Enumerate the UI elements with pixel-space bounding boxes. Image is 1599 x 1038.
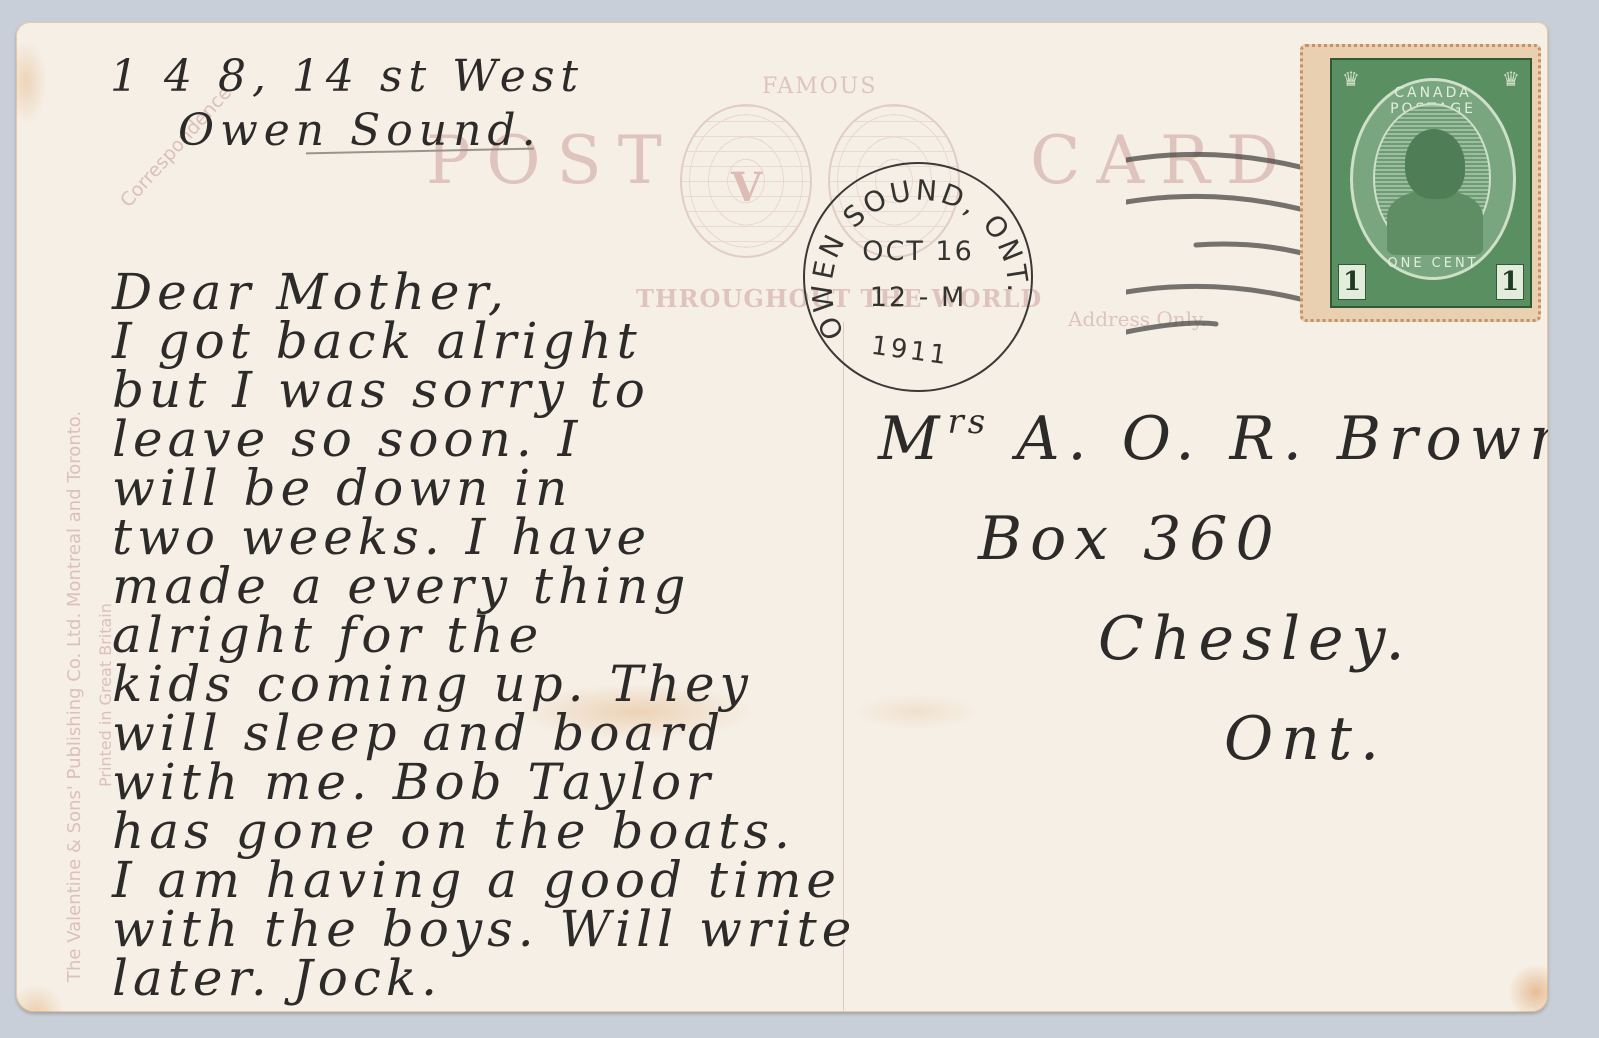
stamp-bottom-text: ONE CENT [1353, 256, 1513, 271]
cancellation-wave-lines [1126, 150, 1326, 340]
recipient-title: M [878, 404, 947, 474]
publisher-imprint: The Valentine & Sons' Publishing Co. Ltd… [64, 411, 85, 982]
recipient-title-sup: rs [947, 402, 989, 442]
postmark-time: 12 - M [805, 282, 1031, 313]
king-portrait [1373, 103, 1491, 253]
letter-line: with the boys. Will write [112, 905, 856, 954]
stamp-denomination-left: 1 [1338, 264, 1366, 300]
recipient-town: Chesley. [878, 589, 1548, 689]
letter-line: later. Jock. [112, 954, 856, 1003]
portrait-head [1405, 129, 1465, 199]
return-address: 1 4 8, 14 st West Owen Sound. [110, 50, 584, 158]
letter-line: has gone on the boats. [112, 807, 856, 856]
return-address-line-1: 1 4 8, 14 st West [110, 50, 584, 104]
letter-line: I am having a good time [112, 856, 856, 905]
letter-line: but I was sorry to [112, 366, 856, 415]
letter-line: will sleep and board [112, 709, 856, 758]
postmark-stamp: OWEN SOUND, ONT. OCT 16 12 - M 1911 [803, 162, 1033, 392]
letter-line: made a every thing [112, 562, 856, 611]
letter-line: kids coming up. They [112, 660, 856, 709]
letter-line: I got back alright [112, 317, 856, 366]
recipient-name: A. O. R. Brown [1016, 404, 1548, 474]
handwritten-letter: Dear Mother, I got back alright but I wa… [112, 268, 856, 1003]
valentine-logo-letter: V [731, 164, 762, 211]
famous-label: FAMOUS [762, 74, 877, 99]
stamp-oval-frame: CANADA POSTAGE ONE CENT [1350, 78, 1516, 280]
postmark-date: OCT 16 [805, 236, 1031, 267]
letter-line: will be down in [112, 464, 856, 513]
letter-line: Dear Mother, [112, 268, 856, 317]
recipient-province: Ont. [878, 689, 1548, 789]
letter-line: alright for the [112, 611, 856, 660]
stamp-denomination-right: 1 [1496, 264, 1524, 300]
letter-line: with me. Bob Taylor [112, 758, 856, 807]
recipient-address: Mrs A. O. R. Brown Box 360 Chesley. Ont. [878, 372, 1548, 789]
portrait-body [1387, 191, 1483, 255]
recipient-box: Box 360 [878, 489, 1548, 589]
letter-line: two weeks. I have [112, 513, 856, 562]
letter-line: leave so soon. I [112, 415, 856, 464]
postage-stamp: ♛ ♛ CANADA POSTAGE ONE CENT 1 1 [1330, 58, 1532, 308]
